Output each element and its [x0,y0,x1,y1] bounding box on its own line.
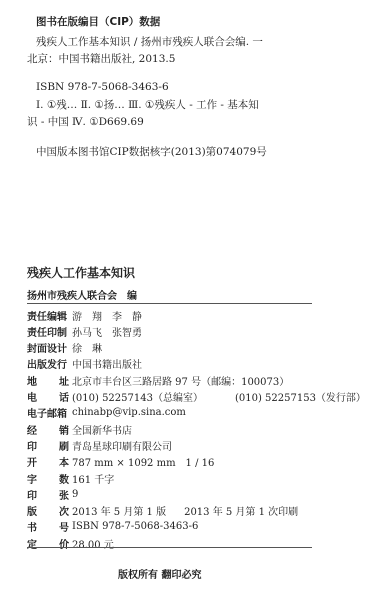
detail-value-part: 张智勇 [112,324,142,339]
detail-value-part[interactable]: chinabp@vip.sina.com [72,407,186,418]
cip-isbn: ISBN 978-7-5068-3463-6 [36,81,169,93]
detail-label-part: 责任印制 [27,324,67,339]
detail-label: 责任印制 [27,324,72,339]
detail-value: chinabp@vip.sina.com [72,407,186,418]
detail-value-part: 全国新华书店 [72,422,132,437]
bottom-divider [27,547,312,548]
detail-label-part: 号 [59,519,69,534]
book-title: 残疾人工作基本知识 [27,264,135,281]
detail-row: 封面设计徐 琳 [27,341,102,355]
detail-row: 责任编辑游 翔李 静 [27,308,142,322]
detail-value: ISBN 978-7-5068-3463-6 [72,521,198,532]
detail-label-part: 定 [27,536,37,551]
detail-label-part: 销 [59,422,69,437]
detail-label-part: 电子邮箱 [27,405,67,420]
detail-label: 责任编辑 [27,308,72,323]
detail-label: 开本 [27,454,72,469]
detail-value: 9 [72,489,78,500]
detail-label: 地址 [27,373,72,388]
detail-label: 经销 [27,422,72,437]
detail-label-part: 本 [59,454,69,469]
detail-value-part: 787 mm × 1092 mm 1 / 16 [72,454,214,469]
detail-value: 游 翔李 静 [72,308,142,323]
detail-label-part: 次 [59,503,69,518]
detail-value: 青岛星球印刷有限公司 [72,438,172,453]
detail-label: 出版发行 [27,356,72,371]
detail-label: 印刷 [27,438,72,453]
cip-line: 北京：中国书籍出版社, 2013.5 [27,51,175,66]
detail-row: 字数161 千字 [27,471,114,485]
detail-label: 版次 [27,503,72,518]
detail-value: 徐 琳 [72,340,102,355]
detail-value: 中国书籍出版社 [72,356,142,371]
detail-label-part: 数 [59,471,69,486]
detail-value: 全国新华书店 [72,422,132,437]
detail-row: 印张9 [27,487,78,501]
detail-value-part: 161 千字 [72,471,114,486]
detail-row: 版次2013 年 5 月第 1 版2013 年 5 月第 1 次印刷 [27,504,298,518]
detail-value: (010) 52257143（总编室）(010) 52257153（发行部） [72,389,366,404]
detail-value: 787 mm × 1092 mm 1 / 16 [72,454,214,469]
detail-value-part: 2013 年 5 月第 1 版 [72,503,166,518]
detail-value-part: (010) 52257153（发行部） [235,389,366,404]
detail-label: 印张 [27,487,72,502]
detail-label-part: 书 [27,519,37,534]
cip-line: Ⅰ. ①残… Ⅱ. ①扬… Ⅲ. ①残疾人 - 工作 - 基本知 [36,97,259,112]
detail-label-part: 电 [27,389,37,404]
detail-label-part: 印 [27,438,37,453]
copyright-notice: 版权所有 翻印必究 [118,566,201,581]
detail-label-part: 印 [27,487,37,502]
detail-label: 电子邮箱 [27,405,72,420]
detail-value: 28.00 元 [72,536,114,551]
detail-value-part: 孙马飞 [72,324,102,339]
detail-row: 定价28.00 元 [27,536,114,550]
book-editor: 扬州市残疾人联合会 编 [27,287,137,302]
detail-value-part: 李 静 [112,308,142,323]
top-divider [27,303,312,304]
detail-label-part: 开 [27,454,37,469]
detail-label: 字数 [27,471,72,486]
detail-label-part: 价 [59,536,69,551]
detail-row: 电子邮箱chinabp@vip.sina.com [27,406,186,420]
detail-value-part: ISBN 978-7-5068-3463-6 [72,521,198,532]
detail-value-part: (010) 52257143（总编室） [72,389,203,404]
detail-value-part: 28.00 元 [72,536,114,551]
detail-label-part: 责任编辑 [27,308,67,323]
cip-heading: 图书在版编目（CIP）数据 [36,14,160,29]
detail-value: 北京市丰台区三路居路 97 号（邮编：100073） [72,373,289,388]
detail-value: 2013 年 5 月第 1 版2013 年 5 月第 1 次印刷 [72,503,298,518]
detail-value: 161 千字 [72,471,114,486]
detail-value-part: 青岛星球印刷有限公司 [72,438,172,453]
cip-line: 识 - 中国 Ⅳ. ①D669.69 [27,114,144,129]
cip-record-number: 中国版本图书馆CIP数据核字(2013)第074079号 [36,144,267,159]
detail-label: 封面设计 [27,340,72,355]
detail-label-part: 字 [27,471,37,486]
detail-row: 出版发行中国书籍出版社 [27,357,142,371]
detail-row: 印刷青岛星球印刷有限公司 [27,438,172,452]
detail-value-part: 游 翔 [72,308,102,323]
detail-label-part: 封面设计 [27,340,67,355]
detail-value-part: 徐 琳 [72,340,102,355]
detail-value-part: 2013 年 5 月第 1 次印刷 [184,503,298,518]
detail-label-part: 版 [27,503,37,518]
detail-value-part: 北京市丰台区三路居路 97 号（邮编：100073） [72,373,289,388]
detail-label-part: 话 [59,389,69,404]
detail-label-part: 地 [27,373,37,388]
detail-row: 地址北京市丰台区三路居路 97 号（邮编：100073） [27,373,289,387]
cip-line: 残疾人工作基本知识 / 扬州市残疾人联合会编. 一 [36,34,263,49]
detail-row: 书号ISBN 978-7-5068-3463-6 [27,520,198,534]
detail-label: 书号 [27,519,72,534]
detail-value-part: 9 [72,489,78,500]
detail-row: 经销全国新华书店 [27,422,132,436]
detail-label-part: 址 [59,373,69,388]
detail-value: 孙马飞张智勇 [72,324,142,339]
detail-value-part: 中国书籍出版社 [72,356,142,371]
detail-label-part: 经 [27,422,37,437]
detail-row: 电话(010) 52257143（总编室）(010) 52257153（发行部） [27,390,366,404]
detail-label: 电话 [27,389,72,404]
detail-row: 开本787 mm × 1092 mm 1 / 16 [27,455,214,469]
detail-label: 定价 [27,536,72,551]
detail-row: 责任印制孙马飞张智勇 [27,324,142,338]
detail-label-part: 刷 [59,438,69,453]
detail-label-part: 出版发行 [27,356,67,371]
detail-label-part: 张 [59,487,69,502]
